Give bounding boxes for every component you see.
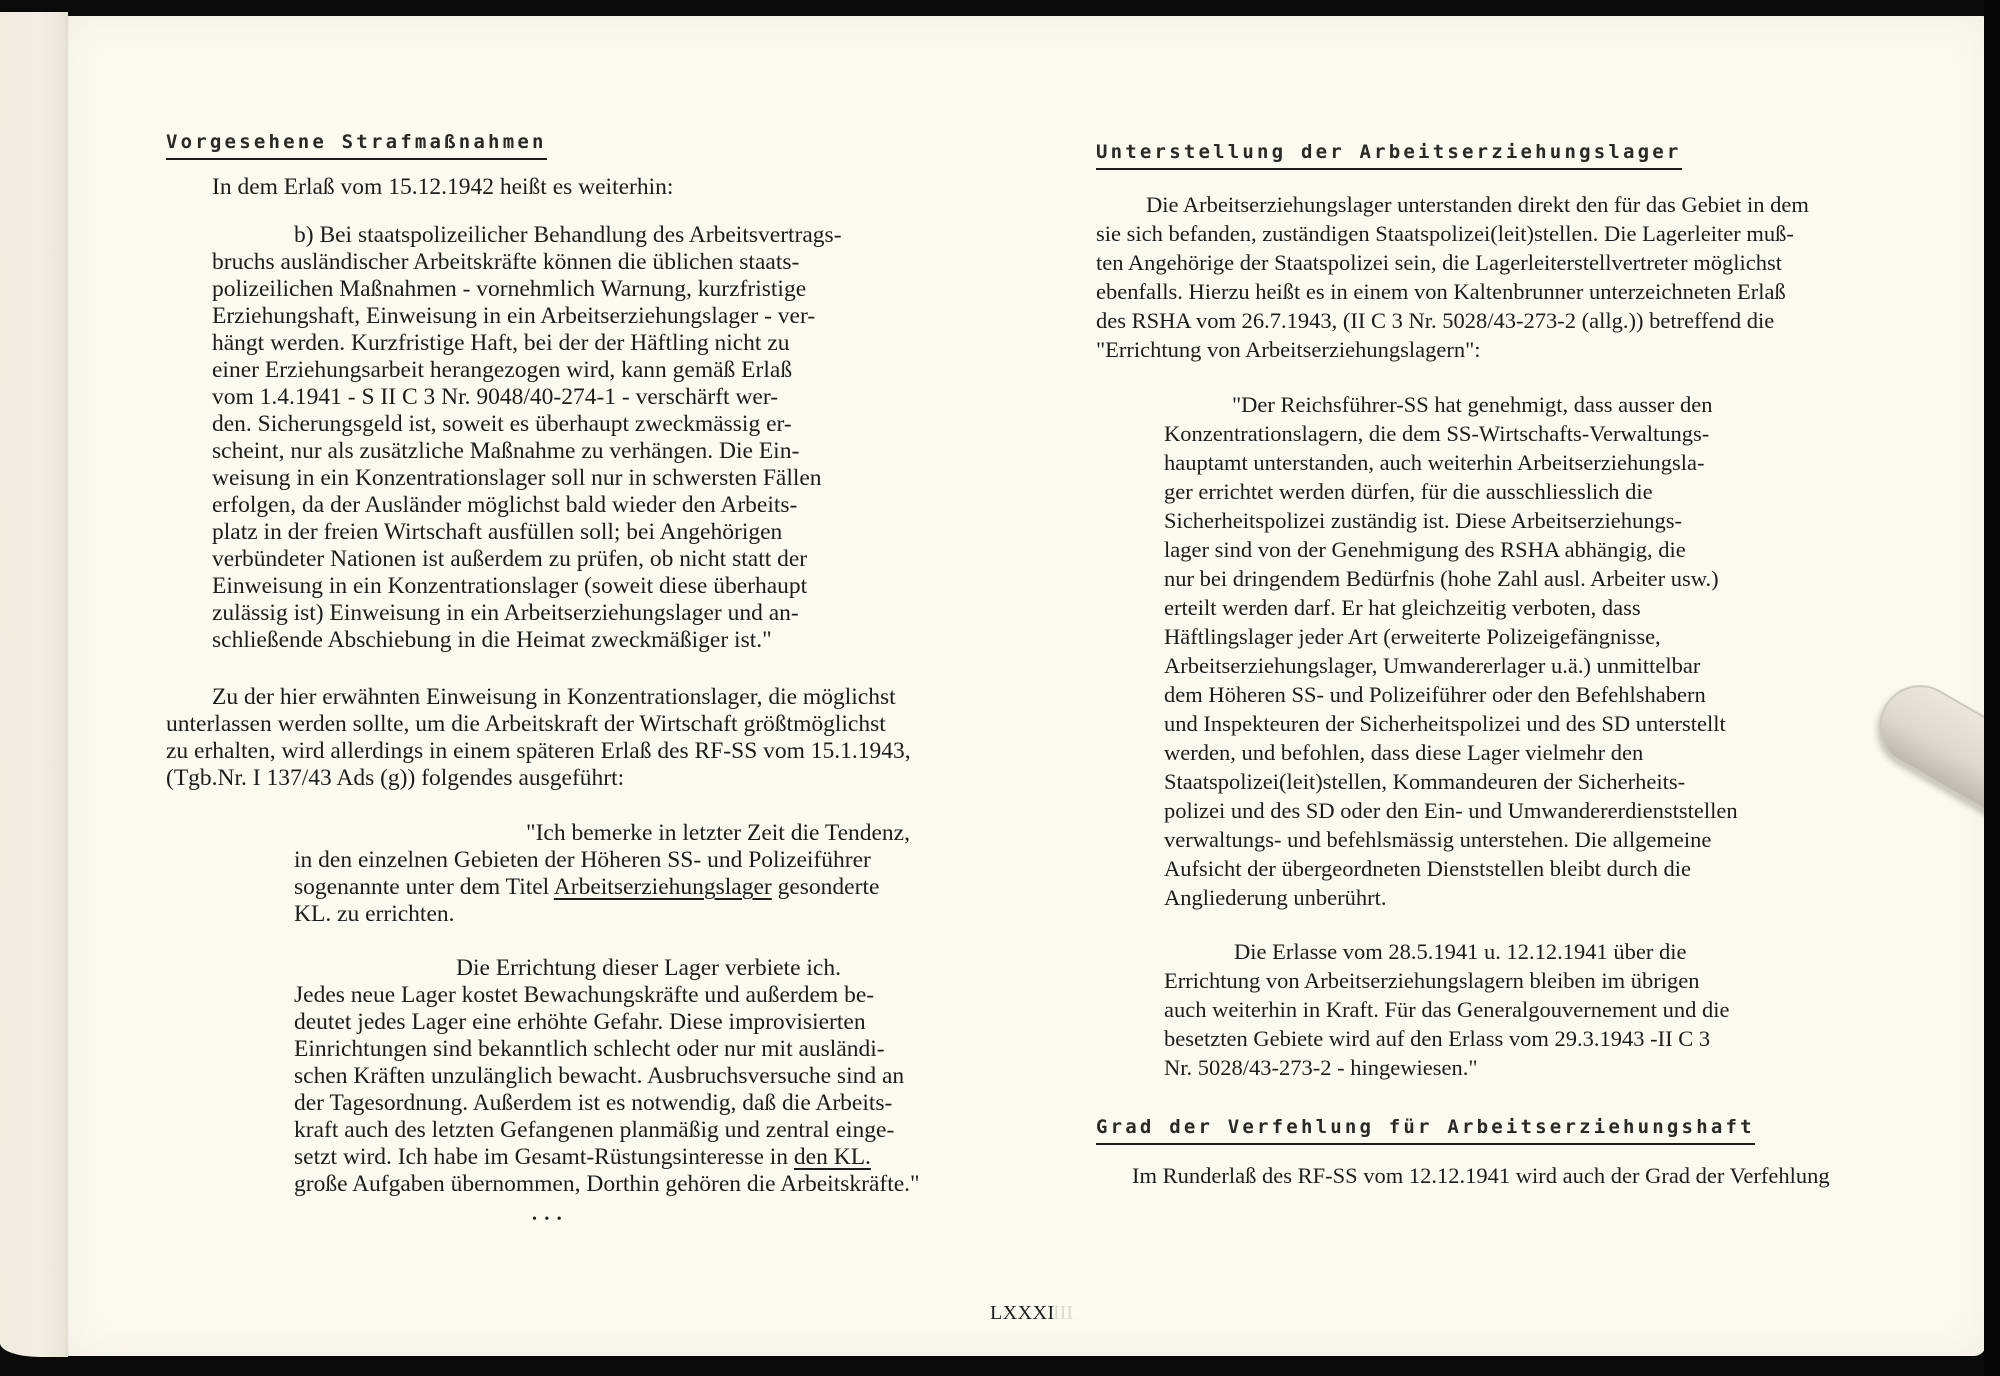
bleed-through-page-number: III — [1053, 1302, 1073, 1325]
text-line: "Errichtung von Arbeitserziehungslagern"… — [1096, 335, 1906, 364]
text-line: unterlassen werden sollte, um die Arbeit… — [166, 711, 946, 738]
quote-block-rfss-continued: Die Errichtung dieser Lager verbiete ich… — [294, 955, 946, 1198]
text-line: Erziehungshaft, Einweisung in ein Arbeit… — [212, 303, 946, 330]
document-page: Vorgesehene Strafmaßnahmen In dem Erlaß … — [66, 16, 1986, 1356]
text-line: den. Sicherungsgeld ist, soweit es überh… — [212, 411, 946, 438]
section-heading-strafmassnahmen: Vorgesehene Strafmaßnahmen — [166, 129, 547, 160]
text-line: lager sind von der Genehmigung des RSHA … — [1164, 535, 1906, 564]
text-line: des RSHA vom 26.7.1943, (II C 3 Nr. 5028… — [1096, 306, 1906, 335]
text-line: dem Höheren SS- und Polizeiführer oder d… — [1164, 680, 1906, 709]
quote-block-rsha: "Der Reichsführer-SS hat genehmigt, dass… — [1096, 390, 1906, 1082]
text-line: zulässig ist) Einweisung in ein Arbeitse… — [212, 600, 946, 627]
right-column: Unterstellung der Arbeitserziehungslager… — [1096, 138, 1906, 1190]
text-line: erfolgen, da der Ausländer möglichst bal… — [212, 492, 946, 519]
text-line: der Tagesordnung. Außerdem ist es notwen… — [294, 1090, 946, 1117]
text-line: Sicherheitspolizei zuständig ist. Diese … — [1164, 506, 1906, 535]
text-line: sie sich befanden, zuständigen Staatspol… — [1096, 219, 1906, 248]
quote-block-rsha-continued: Die Erlasse vom 28.5.1941 u. 12.12.1941 … — [1164, 937, 1906, 1082]
text-line: scheint, nur als zusätzliche Maßnahme zu… — [212, 438, 946, 465]
quote-block-rfss: "Ich bemerke in letzter Zeit die Tendenz… — [166, 820, 946, 1233]
text-line: KL. zu errichten. — [294, 901, 946, 928]
scan-border — [1984, 0, 2000, 1376]
paragraph-einweisung: Zu der hier erwähnten Einweisung in Konz… — [166, 684, 946, 792]
text-line: hauptamt unterstanden, auch weiterhin Ar… — [1164, 448, 1906, 477]
underlined-term: den KL. — [794, 1144, 871, 1170]
quote-block-b: b) Bei staatspolizeilicher Behandlung de… — [166, 222, 946, 654]
scanned-book-spread: Vorgesehene Strafmaßnahmen In dem Erlaß … — [0, 0, 2000, 1376]
text-line: ebenfalls. Hierzu heißt es in einem von … — [1096, 277, 1906, 306]
text-line: nur bei dringendem Bedürfnis (hohe Zahl … — [1164, 564, 1906, 593]
ellipsis-marker: • • • — [294, 1206, 946, 1233]
text-line: einer Erziehungsarbeit herangezogen wird… — [212, 357, 946, 384]
underlined-term: Arbeitserziehungslager — [554, 874, 772, 900]
text-line: verbündeter Nationen ist außerdem zu prü… — [212, 546, 946, 573]
text-line: deutet jedes Lager eine erhöhte Gefahr. … — [294, 1009, 946, 1036]
text-line: Aufsicht der übergeordneten Dienststelle… — [1164, 854, 1906, 883]
text-line: vom 1.4.1941 - S II C 3 Nr. 9048/40-274-… — [212, 384, 946, 411]
text-line: in den einzelnen Gebieten der Höheren SS… — [294, 847, 946, 874]
text-line: auch weiterhin in Kraft. Für das General… — [1164, 995, 1906, 1024]
text-line: sogenannte unter dem Titel Arbeitserzieh… — [294, 874, 946, 901]
text-line: Angliederung unberührt. — [1164, 883, 1906, 912]
text-line: b) Bei staatspolizeilicher Behandlung de… — [212, 222, 946, 249]
text-line: Staatspolizei(leit)stellen, Kommandeuren… — [1164, 767, 1906, 796]
text-fragment: setzt wird. Ich habe im Gesamt-Rüstungsi… — [294, 1144, 794, 1170]
text-line: weisung in ein Konzentrationslager soll … — [212, 465, 946, 492]
page-fold-edge — [0, 12, 68, 1357]
text-line: bruchs ausländischer Arbeitskräfte könne… — [212, 249, 946, 276]
page-number: LXXXI — [990, 1302, 1055, 1325]
text-line: Zu der hier erwähnten Einweisung in Konz… — [166, 684, 946, 711]
text-line: Einweisung in ein Konzentrationslager (s… — [212, 573, 946, 600]
text-line: platz in der freien Wirtschaft ausfüllen… — [212, 519, 946, 546]
text-line: ten Angehörige der Staatspolizei sein, d… — [1096, 248, 1906, 277]
text-line: zu erhalten, wird allerdings in einem sp… — [166, 738, 946, 765]
text-line: schen Kräften unzulänglich bewacht. Ausb… — [294, 1063, 946, 1090]
text-line: setzt wird. Ich habe im Gesamt-Rüstungsi… — [294, 1144, 946, 1171]
text-line: Einrichtungen sind bekanntlich schlecht … — [294, 1036, 946, 1063]
text-line: kraft auch des letzten Gefangenen planmä… — [294, 1117, 946, 1144]
text-line: Jedes neue Lager kostet Bewachungskräfte… — [294, 982, 946, 1009]
text-line: Konzentrationslagern, die dem SS-Wirtsch… — [1164, 419, 1906, 448]
section-heading-unterstellung: Unterstellung der Arbeitserziehungslager — [1096, 139, 1682, 170]
text-line: und Inspekteuren der Sicherheitspolizei … — [1164, 709, 1906, 738]
paragraph-runderlass: Im Runderlaß des RF-SS vom 12.12.1941 wi… — [1096, 1161, 1906, 1190]
text-line: besetzten Gebiete wird auf den Erlass vo… — [1164, 1024, 1906, 1053]
paragraph-unterstellung: Die Arbeitserziehungslager unterstanden … — [1096, 190, 1906, 364]
text-line: Häftlingslager jeder Art (erweiterte Pol… — [1164, 622, 1906, 651]
text-line: große Aufgaben übernommen, Dorthin gehör… — [294, 1171, 946, 1198]
left-column: Vorgesehene Strafmaßnahmen In dem Erlaß … — [166, 128, 946, 1233]
text-line: verwaltungs- und befehlsmässig untersteh… — [1164, 825, 1906, 854]
text-line: Die Erlasse vom 28.5.1941 u. 12.12.1941 … — [1164, 937, 1906, 966]
text-line: polizei und des SD oder den Ein- und Umw… — [1164, 796, 1906, 825]
text-line: Arbeitserziehungslager, Umwandererlager … — [1164, 651, 1906, 680]
intro-paragraph: In dem Erlaß vom 15.12.1942 heißt es wei… — [166, 174, 946, 201]
text-line: Die Arbeitserziehungslager unterstanden … — [1096, 190, 1906, 219]
text-line: (Tgb.Nr. I 137/43 Ads (g)) folgendes aus… — [166, 765, 946, 792]
text-line: "Der Reichsführer-SS hat genehmigt, dass… — [1164, 390, 1906, 419]
text-line: Nr. 5028/43-273-2 - hingewiesen." — [1164, 1053, 1906, 1082]
text-fragment: gesonderte — [772, 874, 880, 900]
text-line: polizeilichen Maßnahmen - vornehmlich Wa… — [212, 276, 946, 303]
text-line: erteilt werden darf. Er hat gleichzeitig… — [1164, 593, 1906, 622]
text-line: "Ich bemerke in letzter Zeit die Tendenz… — [294, 820, 946, 847]
text-line: Im Runderlaß des RF-SS vom 12.12.1941 wi… — [1096, 1161, 1906, 1190]
text-line: hängt werden. Kurzfristige Haft, bei der… — [212, 330, 946, 357]
text-fragment: sogenannte unter dem Titel — [294, 874, 554, 900]
text-line: Errichtung von Arbeitserziehungslagern b… — [1164, 966, 1906, 995]
text-line: schließende Abschiebung in die Heimat zw… — [212, 627, 946, 654]
text-line: ger errichtet werden dürfen, für die aus… — [1164, 477, 1906, 506]
text-line: Die Errichtung dieser Lager verbiete ich… — [294, 955, 946, 982]
section-heading-grad-der-verfehlung: Grad der Verfehlung für Arbeitserziehung… — [1096, 1114, 1755, 1145]
text-line: werden, und befohlen, dass diese Lager v… — [1164, 738, 1906, 767]
